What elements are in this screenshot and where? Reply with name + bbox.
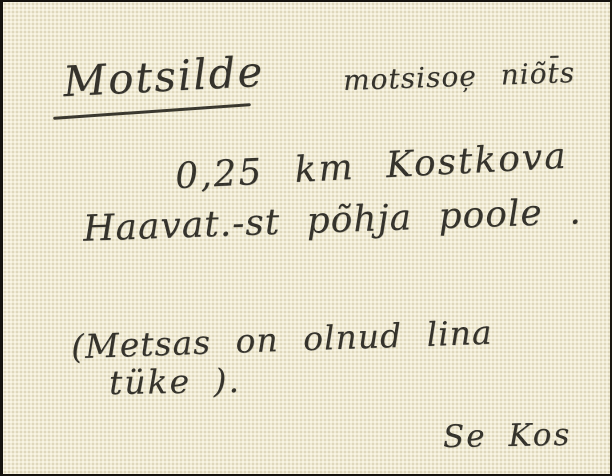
scanned-index-card: Motsilde motsisoe̦ niõt̄s 0,25 km Kostko… [0, 0, 612, 476]
location-description-line-2: Haavat.-st põhja poole . [82, 191, 582, 249]
card-title-handwriting: Motsilde [62, 47, 266, 106]
note-line-2: tüke ). [109, 361, 242, 402]
collector-signature: Se Kos [443, 417, 572, 455]
title-dialect-annotation: motsisoe̦ niõt̄s [342, 56, 575, 97]
location-description-line-1: 0,25 km Kostkova [174, 136, 568, 198]
note-line-1: (Metsas on olnud lina [70, 313, 493, 367]
title-underline-stroke [53, 103, 251, 120]
